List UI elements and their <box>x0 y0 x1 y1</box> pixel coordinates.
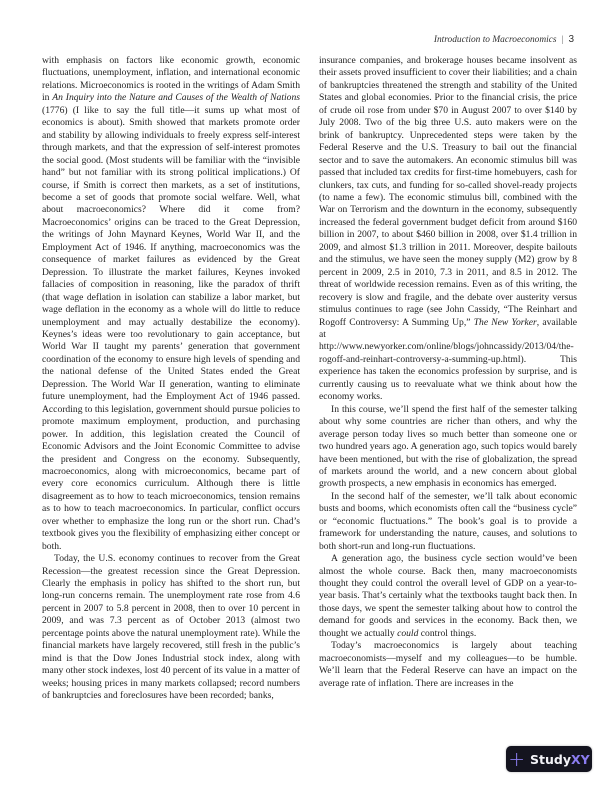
book-title: An Inquiry into the Nature and Causes of… <box>52 92 300 103</box>
paragraph: insurance companies, and brokerage house… <box>319 55 577 404</box>
header-separator: | <box>562 35 564 45</box>
emphasis: could <box>397 628 418 639</box>
text-run: control things. <box>418 628 476 639</box>
paragraph: A generation ago, the business cycle sec… <box>319 553 577 640</box>
paragraph: with emphasis on factors like economic g… <box>42 55 300 553</box>
running-header: Introduction to Macroeconomics | 3 <box>434 34 574 45</box>
brand-accent: XY <box>571 752 590 767</box>
paragraph: In this course, we’ll spend the first ha… <box>319 404 577 491</box>
text-run: (1776) (I like to say the full title—it … <box>42 105 300 552</box>
plus-icon: + <box>508 749 525 769</box>
right-column: insurance companies, and brokerage house… <box>319 55 577 690</box>
paragraph: In the second half of the semester, we’l… <box>319 491 577 553</box>
brand-main: Study <box>530 752 571 767</box>
studyxy-watermark-badge[interactable]: + StudyXY <box>506 746 592 772</box>
brand-logo-text: StudyXY <box>530 752 590 767</box>
text-run: insurance companies, and brokerage house… <box>319 55 577 328</box>
text-run: A generation ago, the business cycle sec… <box>319 553 577 639</box>
text-run: , available at http://www.newyorker.com/… <box>319 317 577 403</box>
page-number: 3 <box>568 34 574 45</box>
paragraph: Today, the U.S. economy continues to rec… <box>42 553 300 702</box>
paragraph: Today’s macroeconomics is largely about … <box>319 640 577 690</box>
journal-title: The New Yorker <box>474 317 537 328</box>
left-column: with emphasis on factors like economic g… <box>42 55 300 703</box>
running-title: Introduction to Macroeconomics <box>434 35 557 45</box>
